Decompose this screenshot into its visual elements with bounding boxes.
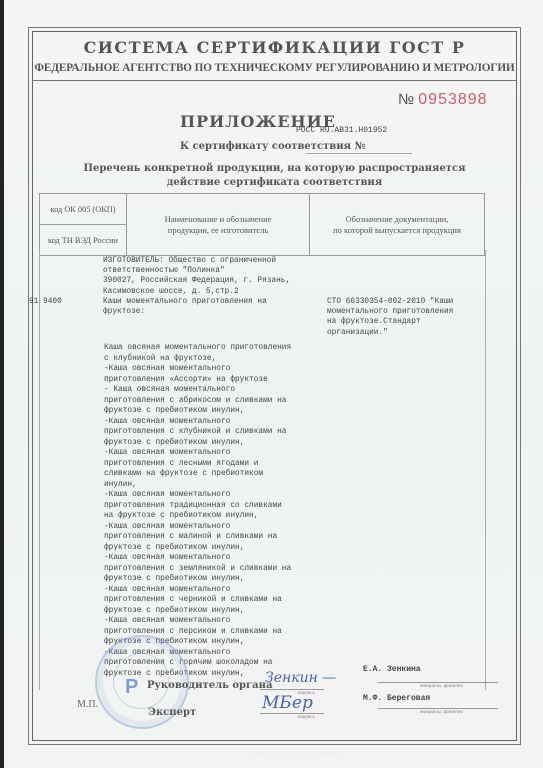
manufacturer-info: ИЗГОТОВИТЕЛЬ: Общество с ограниченной от… bbox=[103, 256, 290, 317]
expert-signature-caption: подпись bbox=[298, 714, 315, 719]
products-table-header: код ОК 005 (ОКП) Наименование и обозначе… bbox=[39, 193, 485, 256]
header-divider bbox=[32, 80, 517, 81]
products-list: Каша овсяная моментального приготовления… bbox=[104, 343, 291, 679]
list-title: Перечень конкретной продукции, на котору… bbox=[32, 162, 517, 190]
product-item: - Каша овсяная моментального приготовлен… bbox=[104, 385, 291, 417]
expert-name: М.Ф. Береговая bbox=[363, 694, 430, 703]
system-title: СИСТЕМА СЕРТИФИКАЦИИ ГОСТ Р bbox=[32, 38, 517, 57]
form-number: № 0953898 bbox=[398, 91, 488, 109]
certificate-label: К сертификату соответствия № bbox=[180, 141, 365, 152]
product-code: 91 9400 bbox=[29, 297, 62, 307]
documentation-value: СТО 66330354-002-2010 "Каши моментальног… bbox=[327, 297, 453, 338]
expert-label: Эксперт bbox=[148, 707, 196, 718]
product-item: -Каша овсяная моментального приготовлени… bbox=[104, 553, 291, 585]
expert-signature: МБер bbox=[262, 693, 313, 713]
form-number-value: 0953898 bbox=[418, 91, 487, 108]
head-signature: Зенкин — bbox=[265, 670, 336, 686]
head-name: Е.А. Зенкина bbox=[363, 665, 421, 674]
certificate-underline bbox=[306, 153, 412, 154]
documentation-header: Обозначение документации, по которой вып… bbox=[310, 194, 485, 256]
column-divider bbox=[39, 250, 40, 690]
product-item: Каша овсяная моментального приготовления… bbox=[104, 343, 291, 364]
product-item: -Каша овсяная моментального приготовлени… bbox=[104, 490, 291, 522]
product-item: -Каша овсяная моментального приготовлени… bbox=[104, 448, 291, 490]
agency-title: ФЕДЕРАЛЬНОЕ АГЕНТСТВО ПО ТЕХНИЧЕСКОМУ РЕ… bbox=[32, 62, 517, 74]
column-divider bbox=[485, 250, 486, 690]
product-item: -Каша овсяная моментального приготовлени… bbox=[104, 522, 291, 554]
number-sign: № bbox=[398, 91, 414, 108]
tnved-code-header: код ТН ВЭД России bbox=[40, 225, 127, 256]
list-title-line2: действие сертификата соответствия bbox=[32, 176, 517, 190]
head-label: Руководитель органа bbox=[147, 680, 272, 691]
list-title-line1: Перечень конкретной продукции, на котору… bbox=[32, 162, 517, 176]
okp-code-header: код ОК 005 (ОКП) bbox=[40, 194, 127, 225]
seal-logo-icon: P bbox=[125, 676, 138, 699]
stamp-place-label: М.П. bbox=[77, 699, 98, 710]
product-name-header: Наименование и обозначение продукции, ее… bbox=[127, 194, 310, 256]
product-item: -Каша овсяная моментального приготовлени… bbox=[104, 417, 291, 449]
product-item: -Каша овсяная моментального приготовлени… bbox=[104, 364, 291, 385]
product-item: -Каша овсяная моментального приготовлени… bbox=[104, 585, 291, 617]
print-footer: ········· ··· ······· ·········· ······ … bbox=[150, 750, 440, 754]
expert-name-caption: инициалы, фамилия bbox=[420, 709, 463, 714]
certificate-number: РОСС RU.АВ31.Н01952 bbox=[296, 126, 387, 135]
head-name-caption: инициалы, фамилия bbox=[420, 683, 463, 688]
